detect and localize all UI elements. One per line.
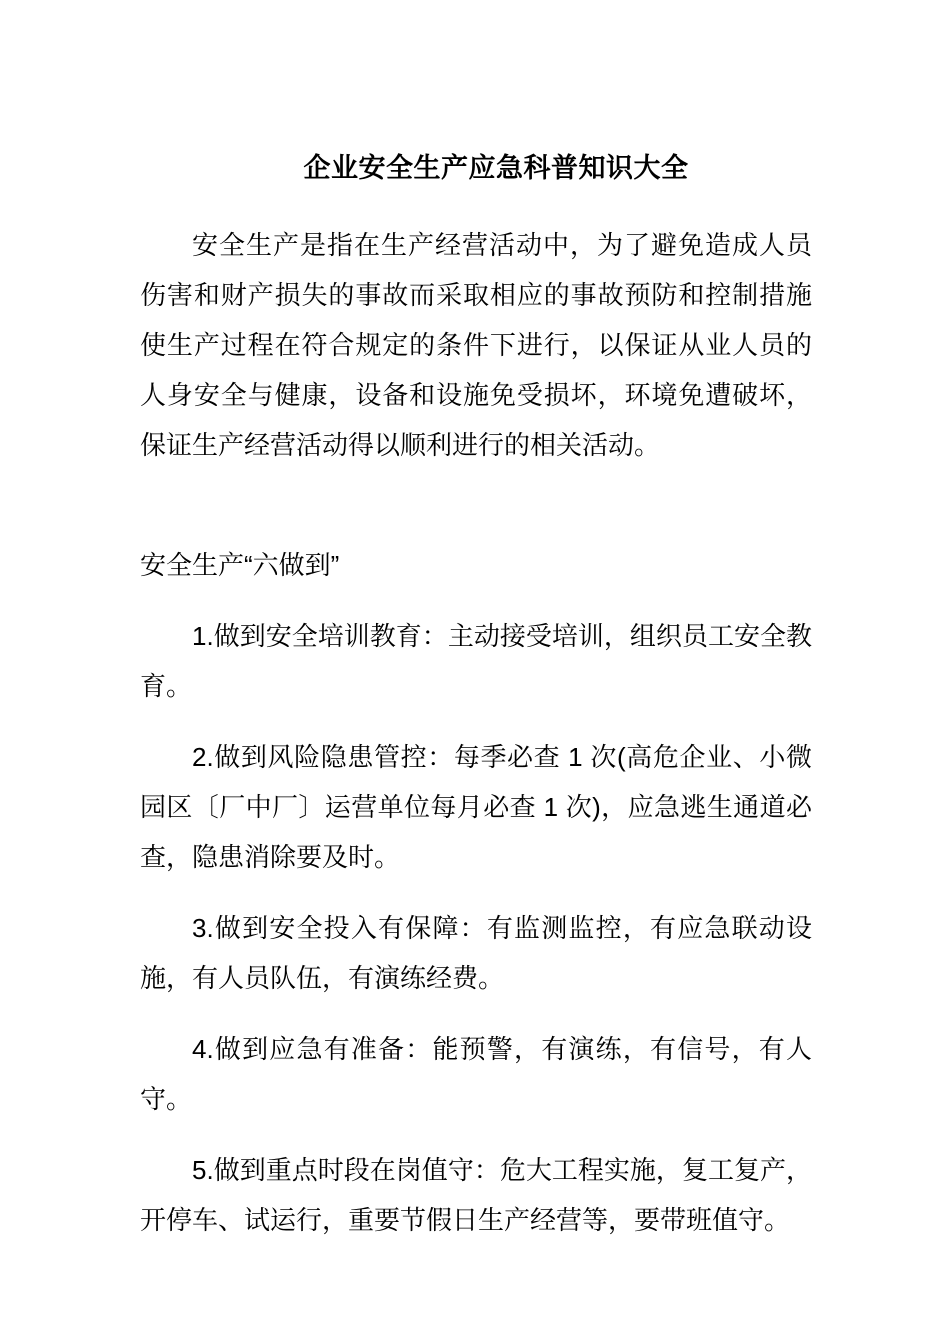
list-item-1: 1.做到安全培训教育：主动接受培训，组织员工安全教育。 (140, 611, 812, 711)
section-heading: 安全生产“六做到” (140, 540, 812, 590)
document-page: 企业安全生产应急科普知识大全 安全生产是指在生产经营活动中，为了避免造成人员伤害… (0, 0, 950, 1344)
list-item-2: 2.做到风险隐患管控：每季必查 1 次(高危企业、小微园区〔厂中厂〕运营单位每月… (140, 732, 812, 882)
list-item-3: 3.做到安全投入有保障：有监测监控，有应急联动设施，有人员队伍，有演练经费。 (140, 903, 812, 1003)
document-title: 企业安全生产应急科普知识大全 (140, 146, 812, 190)
list-item-5: 5.做到重点时段在岗值守：危大工程实施，复工复产，开停车、试运行，重要节假日生产… (140, 1145, 812, 1245)
intro-paragraph: 安全生产是指在生产经营活动中，为了避免造成人员伤害和财产损失的事故而采取相应的事… (140, 220, 812, 470)
list-item-4: 4.做到应急有准备：能预警，有演练，有信号，有人守。 (140, 1024, 812, 1124)
